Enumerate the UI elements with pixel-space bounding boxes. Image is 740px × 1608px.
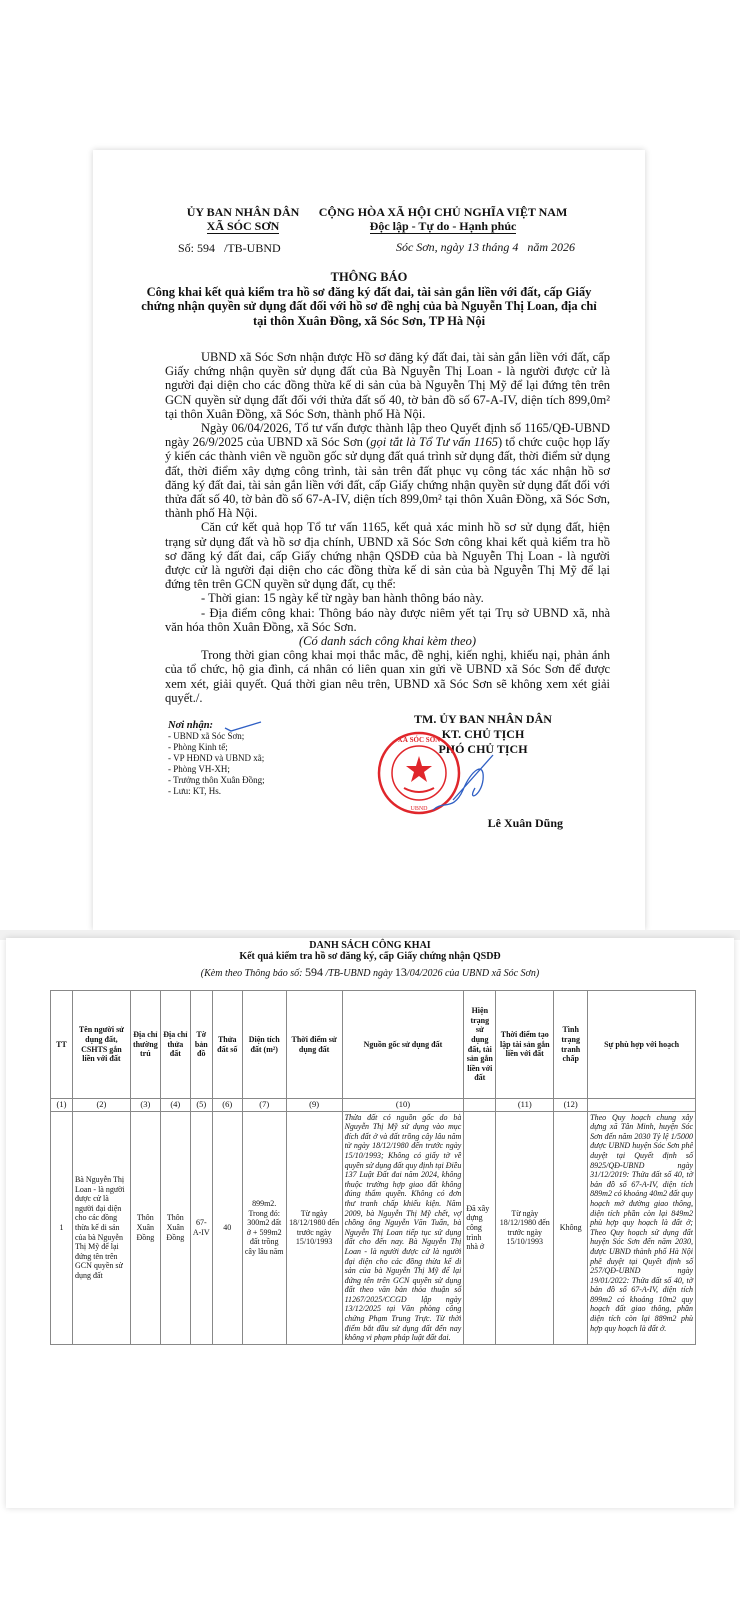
table-cell: Thôn Xuân Đồng: [160, 1111, 190, 1344]
paragraph-4: Trong thời gian công khai mọi thắc mắc, …: [165, 648, 610, 705]
column-header: TT: [51, 991, 73, 1099]
table-cell: Theo Quy hoạch chung xây dựng xã Tân Min…: [588, 1111, 696, 1344]
table-cell: Bà Nguyễn Thị Loan - là người được cử là…: [72, 1111, 130, 1344]
issuing-agency: ỦY BAN NHÂN DÂN XÃ SÓC SƠN: [173, 205, 313, 234]
table-cell: Thửa đất có nguồn gốc do bà Nguyễn Thị M…: [342, 1111, 464, 1344]
column-header: Sự phù hợp với hoạch: [588, 991, 696, 1099]
column-number: [464, 1099, 496, 1112]
agency-line1: ỦY BAN NHÂN DÂN: [173, 205, 313, 219]
table-cell: Thôn Xuân Đồng: [130, 1111, 160, 1344]
list-page: DANH SÁCH CÔNG KHAI Kết quả kiểm tra hồ …: [6, 938, 734, 1508]
column-number: (4): [160, 1099, 190, 1112]
column-header: Thời điểm tạo lập tài sản gắn liền với đ…: [496, 991, 554, 1099]
notice-body: UBND xã Sóc Sơn nhận được Hồ sơ đăng ký …: [165, 350, 610, 705]
column-number: (9): [286, 1099, 342, 1112]
ref-number: 594: [305, 965, 323, 979]
bullet-time: - Thời gian: 15 ngày kể từ ngày ban hành…: [165, 591, 610, 605]
ref-day: 13: [395, 965, 407, 979]
sign-line-1: TM. ỦY BAN NHÂN DÂN: [383, 712, 583, 727]
column-header: Địa chỉ thường trú: [130, 991, 160, 1099]
table-cell: 40: [212, 1111, 242, 1344]
table-cell: Không: [554, 1111, 588, 1344]
column-number: (3): [130, 1099, 160, 1112]
notice-title: THÔNG BÁO: [133, 270, 605, 285]
table-header-row: TTTên người sử dụng đất, CSHTS gắn liền …: [51, 991, 696, 1099]
column-header: Tờ bản đồ: [190, 991, 212, 1099]
table-row: 1Bà Nguyễn Thị Loan - là người được cử l…: [51, 1111, 696, 1344]
notice-subtitle: Công khai kết quả kiểm tra hồ sơ đăng ký…: [133, 285, 605, 329]
list-title-block: DANH SÁCH CÔNG KHAI Kết quả kiểm tra hồ …: [6, 940, 734, 962]
table-cell: Đã xây dựng công trình nhà ở: [464, 1111, 496, 1344]
document-number: Số: 594 /TB-UBND: [178, 241, 281, 256]
bullet-location: - Địa điểm công khai: Thông báo này được…: [165, 606, 610, 634]
paragraph-1: UBND xã Sóc Sơn nhận được Hồ sơ đăng ký …: [165, 350, 610, 421]
paragraph-3: Căn cứ kết quả họp Tổ tư vấn 1165, kết q…: [165, 520, 610, 591]
national-motto: CỘNG HÒA XÃ HỘI CHỦ NGHĨA VIỆT NAM Độc l…: [313, 205, 573, 234]
paragraph-2: Ngày 06/04/2026, Tổ tư vấn được thành lậ…: [165, 421, 610, 520]
table-cell: 1: [51, 1111, 73, 1344]
column-number: (7): [242, 1099, 286, 1112]
column-number: (6): [212, 1099, 242, 1112]
signature-icon: [423, 750, 503, 820]
recipient-item: - Lưu: KT, Hs.: [168, 786, 265, 797]
list-title: DANH SÁCH CÔNG KHAI: [6, 940, 734, 951]
notice-page: ỦY BAN NHÂN DÂN XÃ SÓC SƠN CỘNG HÒA XÃ H…: [93, 150, 645, 930]
table-cell: 899m2. Trong đó: 300m2 đất ở + 599m2 đất…: [242, 1111, 286, 1344]
list-subtitle: Kết quả kiểm tra hồ sơ đăng ký, cấp Giấy…: [6, 951, 734, 962]
recipient-item: - Phòng Kinh tế;: [168, 742, 265, 753]
column-number: (1): [51, 1099, 73, 1112]
attached-note: (Có danh sách công khai kèm theo): [165, 634, 610, 648]
checkmark-icon: [223, 720, 263, 732]
column-number: (11): [496, 1099, 554, 1112]
svg-text:XÃ SÓC SƠN: XÃ SÓC SƠN: [398, 736, 440, 744]
agency-line2: XÃ SÓC SƠN: [207, 219, 280, 234]
recipient-item: - Phòng VH-XH;: [168, 764, 265, 775]
public-list-table: TTTên người sử dụng đất, CSHTS gắn liền …: [50, 990, 696, 1345]
recipient-item: - Trưởng thôn Xuân Đồng;: [168, 775, 265, 786]
notice-title-block: THÔNG BÁO Công khai kết quả kiểm tra hồ …: [133, 270, 605, 328]
table-cell: Từ ngày 18/12/1980 đến trước ngày 15/10/…: [286, 1111, 342, 1344]
column-header: Nguồn gốc sử dụng đất: [342, 991, 464, 1099]
column-number: [588, 1099, 696, 1112]
column-header: Hiện trạng sử dụng đất, tài sản gắn liền…: [464, 991, 496, 1099]
column-number: (5): [190, 1099, 212, 1112]
signer-name: Lê Xuân Dũng: [383, 816, 583, 831]
recipient-item: - UBND xã Sóc Sơn;: [168, 731, 265, 742]
column-number: (10): [342, 1099, 464, 1112]
column-header: Tình trạng tranh chấp: [554, 991, 588, 1099]
ref-mid: /TB-UBND ngày: [325, 968, 392, 979]
ref-suffix: /04/2026 của UBND xã Sóc Sơn): [407, 968, 539, 979]
recipient-item: - VP HĐND và UBND xã;: [168, 753, 265, 764]
table-cell: Từ ngày 18/12/1980 đến trước ngày 15/10/…: [496, 1111, 554, 1344]
column-header: Tên người sử dụng đất, CSHTS gắn liền vớ…: [72, 991, 130, 1099]
column-header: Thửa đất số: [212, 991, 242, 1099]
motto: Độc lập - Tự do - Hạnh phúc: [370, 219, 517, 234]
ref-prefix: (Kèm theo Thông báo số:: [201, 968, 303, 979]
date-line: Sóc Sơn, ngày 13 tháng 4 năm 2026: [343, 240, 575, 255]
nation-name: CỘNG HÒA XÃ HỘI CHỦ NGHĨA VIỆT NAM: [313, 205, 573, 219]
column-header: Diện tích đất (m²): [242, 991, 286, 1099]
column-number-row: (1)(2)(3)(4)(5)(6)(7)(9)(10)(11)(12): [51, 1099, 696, 1112]
table-cell: 67-A-IV: [190, 1111, 212, 1344]
column-header: Thời điểm sử dụng đất: [286, 991, 342, 1099]
paragraph-2-italic: gọi tắt là Tổ Tư vấn 1165: [370, 435, 498, 449]
column-header: Địa chỉ thửa đất: [160, 991, 190, 1099]
column-number: (12): [554, 1099, 588, 1112]
list-reference: (Kèm theo Thông báo số: 594 /TB-UBND ngà…: [6, 965, 734, 980]
column-number: (2): [72, 1099, 130, 1112]
